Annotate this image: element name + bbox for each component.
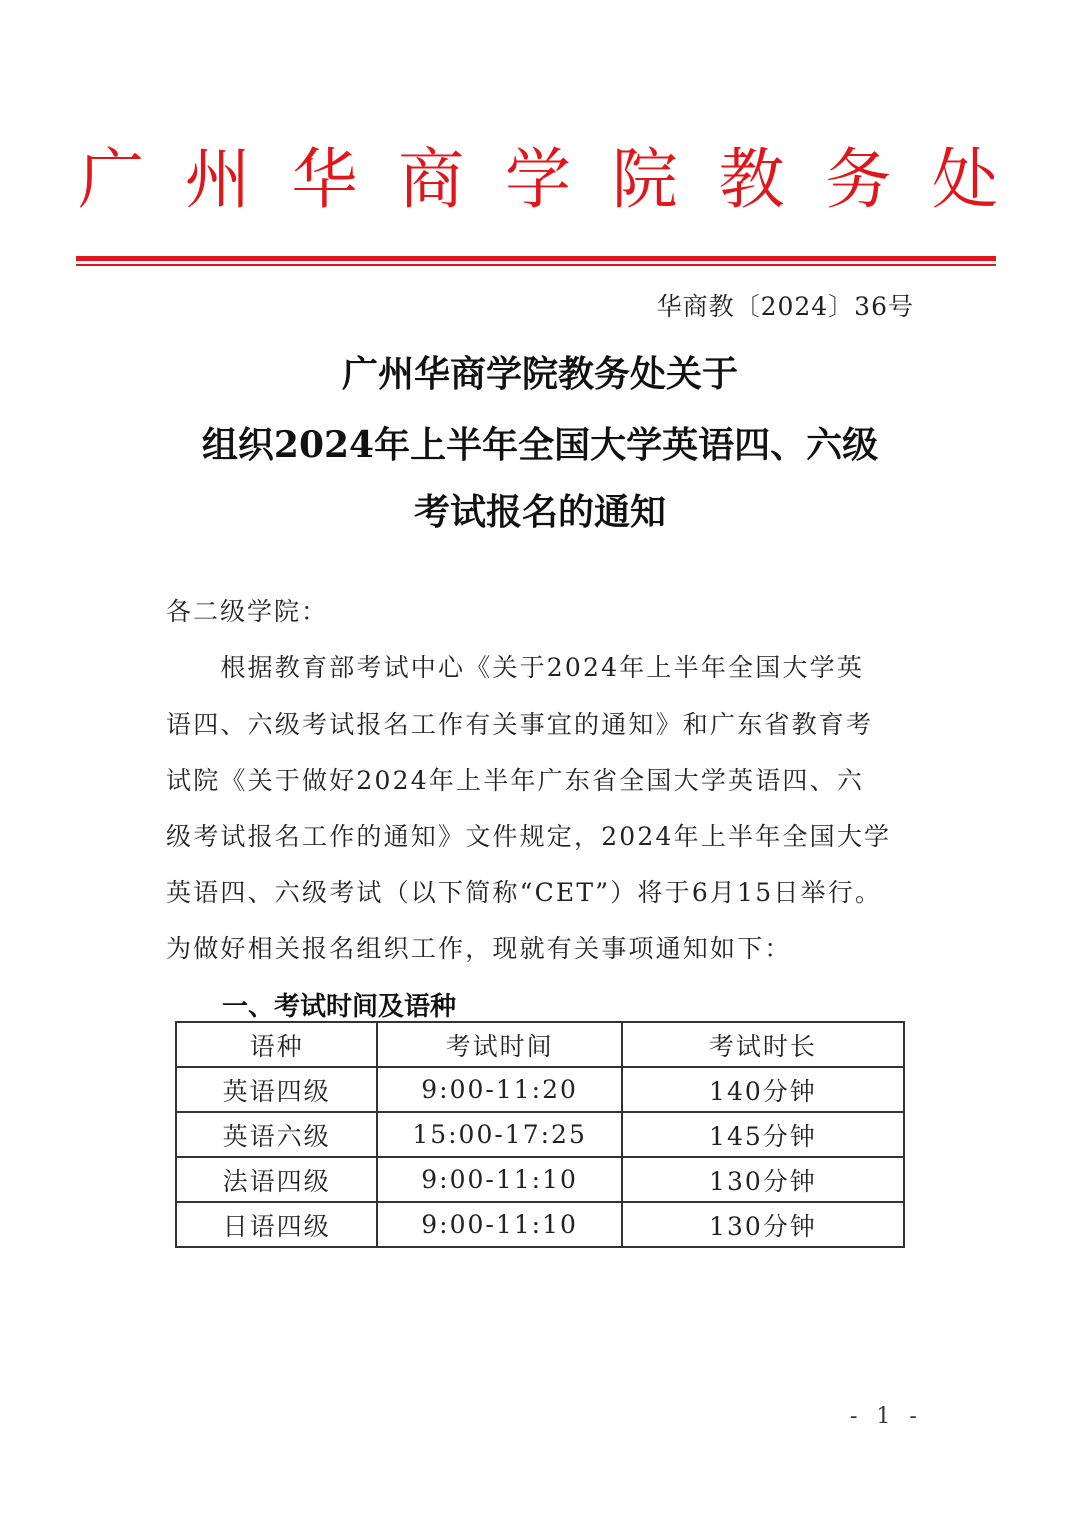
masthead-char: 学 [505,147,571,213]
masthead-char: 商 [398,147,464,213]
masthead-char: 院 [612,147,678,213]
header-cell: 考试时长 [622,1022,904,1067]
masthead-char: 处 [932,147,998,213]
table-header-row: 语种 考试时间 考试时长 [176,1022,904,1067]
body-line: 根据教育部考试中心《关于2024年上半年全国大学英 [166,648,918,684]
masthead-char: 广 [78,147,144,213]
duration-cell: 140分钟 [622,1067,904,1112]
exam-schedule-table: 语种 考试时间 考试时长 英语四级 9:00-11:20 140分钟 英语六级 … [175,1021,905,1248]
section-heading: 一、考试时间及语种 [222,986,456,1023]
language-cell: 英语四级 [176,1067,377,1112]
page-number: - 1 - [850,1404,923,1429]
body-line: 语四、六级考试报名工作有关事宜的通知》和广东省教育考 [166,705,918,741]
table-row: 法语四级 9:00-11:10 130分钟 [176,1157,904,1202]
title-line-1: 广州华商学院教务处关于 [0,346,1080,397]
title-line-2: 组织2024年上半年全国大学英语四、六级 [0,417,1080,468]
masthead-char: 教 [719,147,785,213]
body-line: 英语四、六级考试（以下简称“CET”）将于6月15日举行。 [166,873,918,909]
language-cell: 日语四级 [176,1202,377,1247]
body-line: 为做好相关报名组织工作，现就有关事项通知如下： [166,929,918,965]
salutation: 各二级学院： [166,592,328,628]
time-cell: 15:00-17:25 [377,1112,621,1157]
language-cell: 英语六级 [176,1112,377,1157]
time-cell: 9:00-11:10 [377,1157,621,1202]
header-cell: 考试时间 [377,1022,621,1067]
masthead-char: 华 [292,147,358,213]
masthead: 广 州 华 商 学 院 教 务 处 [78,135,998,225]
language-cell: 法语四级 [176,1157,377,1202]
time-cell: 9:00-11:20 [377,1067,621,1112]
table-row: 英语六级 15:00-17:25 145分钟 [176,1112,904,1157]
header-cell: 语种 [176,1022,377,1067]
time-cell: 9:00-11:10 [377,1202,621,1247]
duration-cell: 130分钟 [622,1157,904,1202]
body-line: 级考试报名工作的通知》文件规定，2024年上半年全国大学 [166,817,918,853]
document-number: 华商教〔2024〕36号 [657,287,914,323]
red-divider-thick [76,256,996,261]
red-divider-thin [76,264,996,266]
body-line: 试院《关于做好2024年上半年广东省全国大学英语四、六 [166,761,918,797]
table-row: 日语四级 9:00-11:10 130分钟 [176,1202,904,1247]
masthead-char: 州 [185,147,251,213]
duration-cell: 145分钟 [622,1112,904,1157]
title-line-3: 考试报名的通知 [0,484,1080,535]
duration-cell: 130分钟 [622,1202,904,1247]
masthead-char: 务 [825,147,891,213]
table-row: 英语四级 9:00-11:20 140分钟 [176,1067,904,1112]
